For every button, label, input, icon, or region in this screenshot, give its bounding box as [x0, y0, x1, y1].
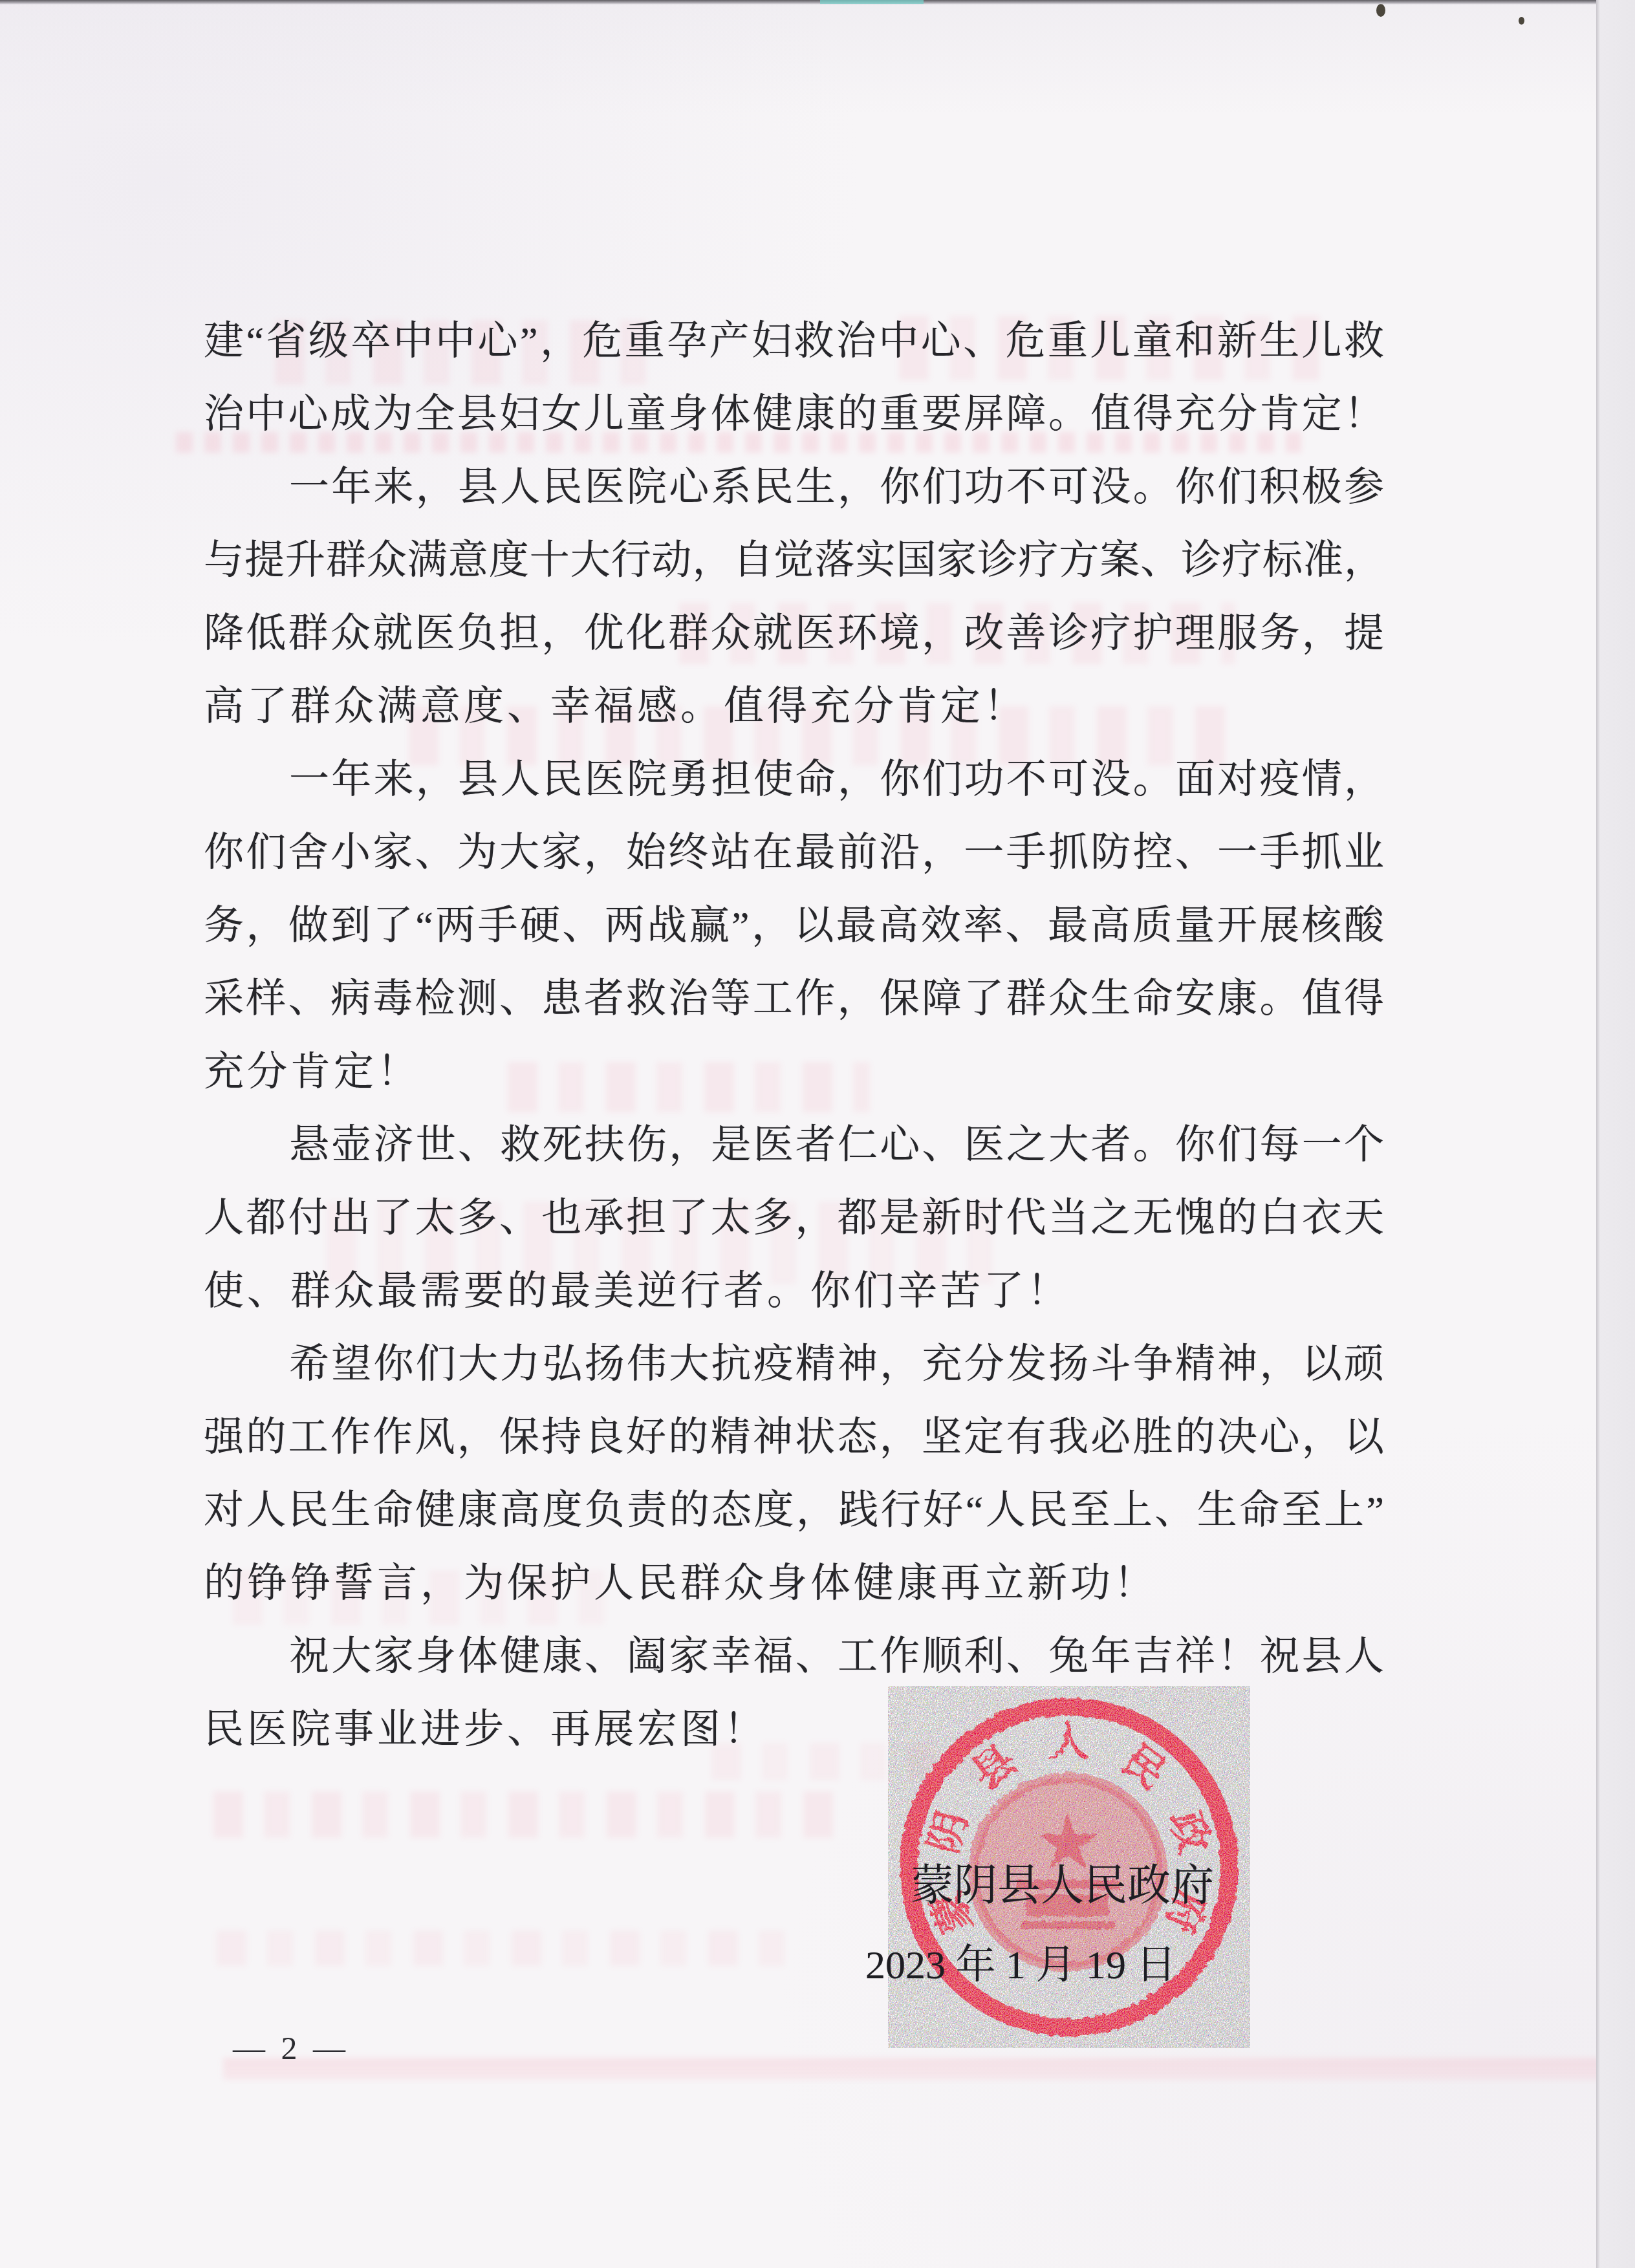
letter-line: 的铮铮誓言，为保护人民群众身体健康再立新功！ — [204, 1548, 1384, 1621]
letter-line: 一年来，县人民医院心系民生，你们功不可没。你们积极参 — [204, 451, 1384, 524]
page-number: — 2 — — [233, 2029, 349, 2067]
letter-body: 建“省级卒中中心”，危重孕产妇救治中心、危重儿童和新生儿救治中心成为全县妇女儿童… — [204, 305, 1384, 1767]
scan-edge-teal — [820, 0, 924, 4]
letter-line: 使、群众最需要的最美逆行者。你们辛苦了！ — [204, 1255, 1384, 1328]
letter-line: 采样、病毒检测、患者救治等工作，保障了群众生命安康。值得 — [204, 963, 1384, 1036]
letter-line: 务，做到了“两手硬、两战赢”，以最高效率、最高质量开展核酸 — [204, 890, 1384, 963]
letter-line: 与提升群众满意度十大行动，自觉落实国家诊疗方案、诊疗标准， — [204, 524, 1384, 598]
scan-edge-top — [0, 0, 1635, 5]
bleedthrough-smudge — [213, 1791, 854, 1838]
letter-line: 高了群众满意度、幸福感。值得充分肯定！ — [204, 671, 1384, 744]
letter-line: 对人民生命健康高度负责的态度，践行好“人民至上、生命至上” — [204, 1474, 1384, 1548]
scan-edge-right — [1596, 0, 1635, 2268]
letter-line: 民医院事业进步、再展宏图！ — [204, 1694, 1384, 1767]
letter-line: 悬壶济世、救死扶伤，是医者仁心、医之大者。你们每一个 — [204, 1109, 1384, 1182]
letter-line: 一年来，县人民医院勇担使命，你们功不可没。面对疫情， — [204, 744, 1384, 817]
dust-speck — [1519, 17, 1524, 25]
letter-line: 你们舍小家、为大家，始终站在最前沿，一手抓防控、一手抓业 — [204, 817, 1384, 890]
signature-date: 2023 年 1 月 19 日 — [865, 1932, 1176, 1990]
letter-line: 人都付出了太多、也承担了太多，都是新时代当之无愧的白衣天 — [204, 1182, 1384, 1255]
letter-line: 建“省级卒中中心”，危重孕产妇救治中心、危重儿童和新生儿救 — [204, 305, 1384, 378]
letter-line: 治中心成为全县妇女儿童身体健康的重要屏障。值得充分肯定！ — [204, 378, 1384, 451]
letter-line: 充分肯定！ — [204, 1036, 1384, 1109]
bleedthrough-smudge — [223, 2058, 1635, 2080]
dust-speck — [917, 1293, 922, 1298]
letter-line: 强的工作作风，保持良好的精神状态，坚定有我必胜的决心，以 — [204, 1401, 1384, 1474]
scanned-letter-page: 蒙阴县人民政府 建“省级卒中中心”，危重孕产妇救治中心、危重儿童和新生儿救治中心… — [0, 0, 1635, 2268]
dust-speck — [1376, 4, 1385, 17]
letter-line: 祝大家身体健康、阖家幸福、工作顺利、兔年吉祥！祝县人 — [204, 1621, 1384, 1694]
signature-org: 蒙阴县人民政府 — [911, 1851, 1214, 1913]
bleedthrough-smudge — [217, 1930, 799, 1966]
letter-line: 降低群众就医负担，优化群众就医环境，改善诊疗护理服务，提 — [204, 598, 1384, 671]
letter-line: 希望你们大力弘扬伟大抗疫精神，充分发扬斗争精神，以顽 — [204, 1328, 1384, 1401]
